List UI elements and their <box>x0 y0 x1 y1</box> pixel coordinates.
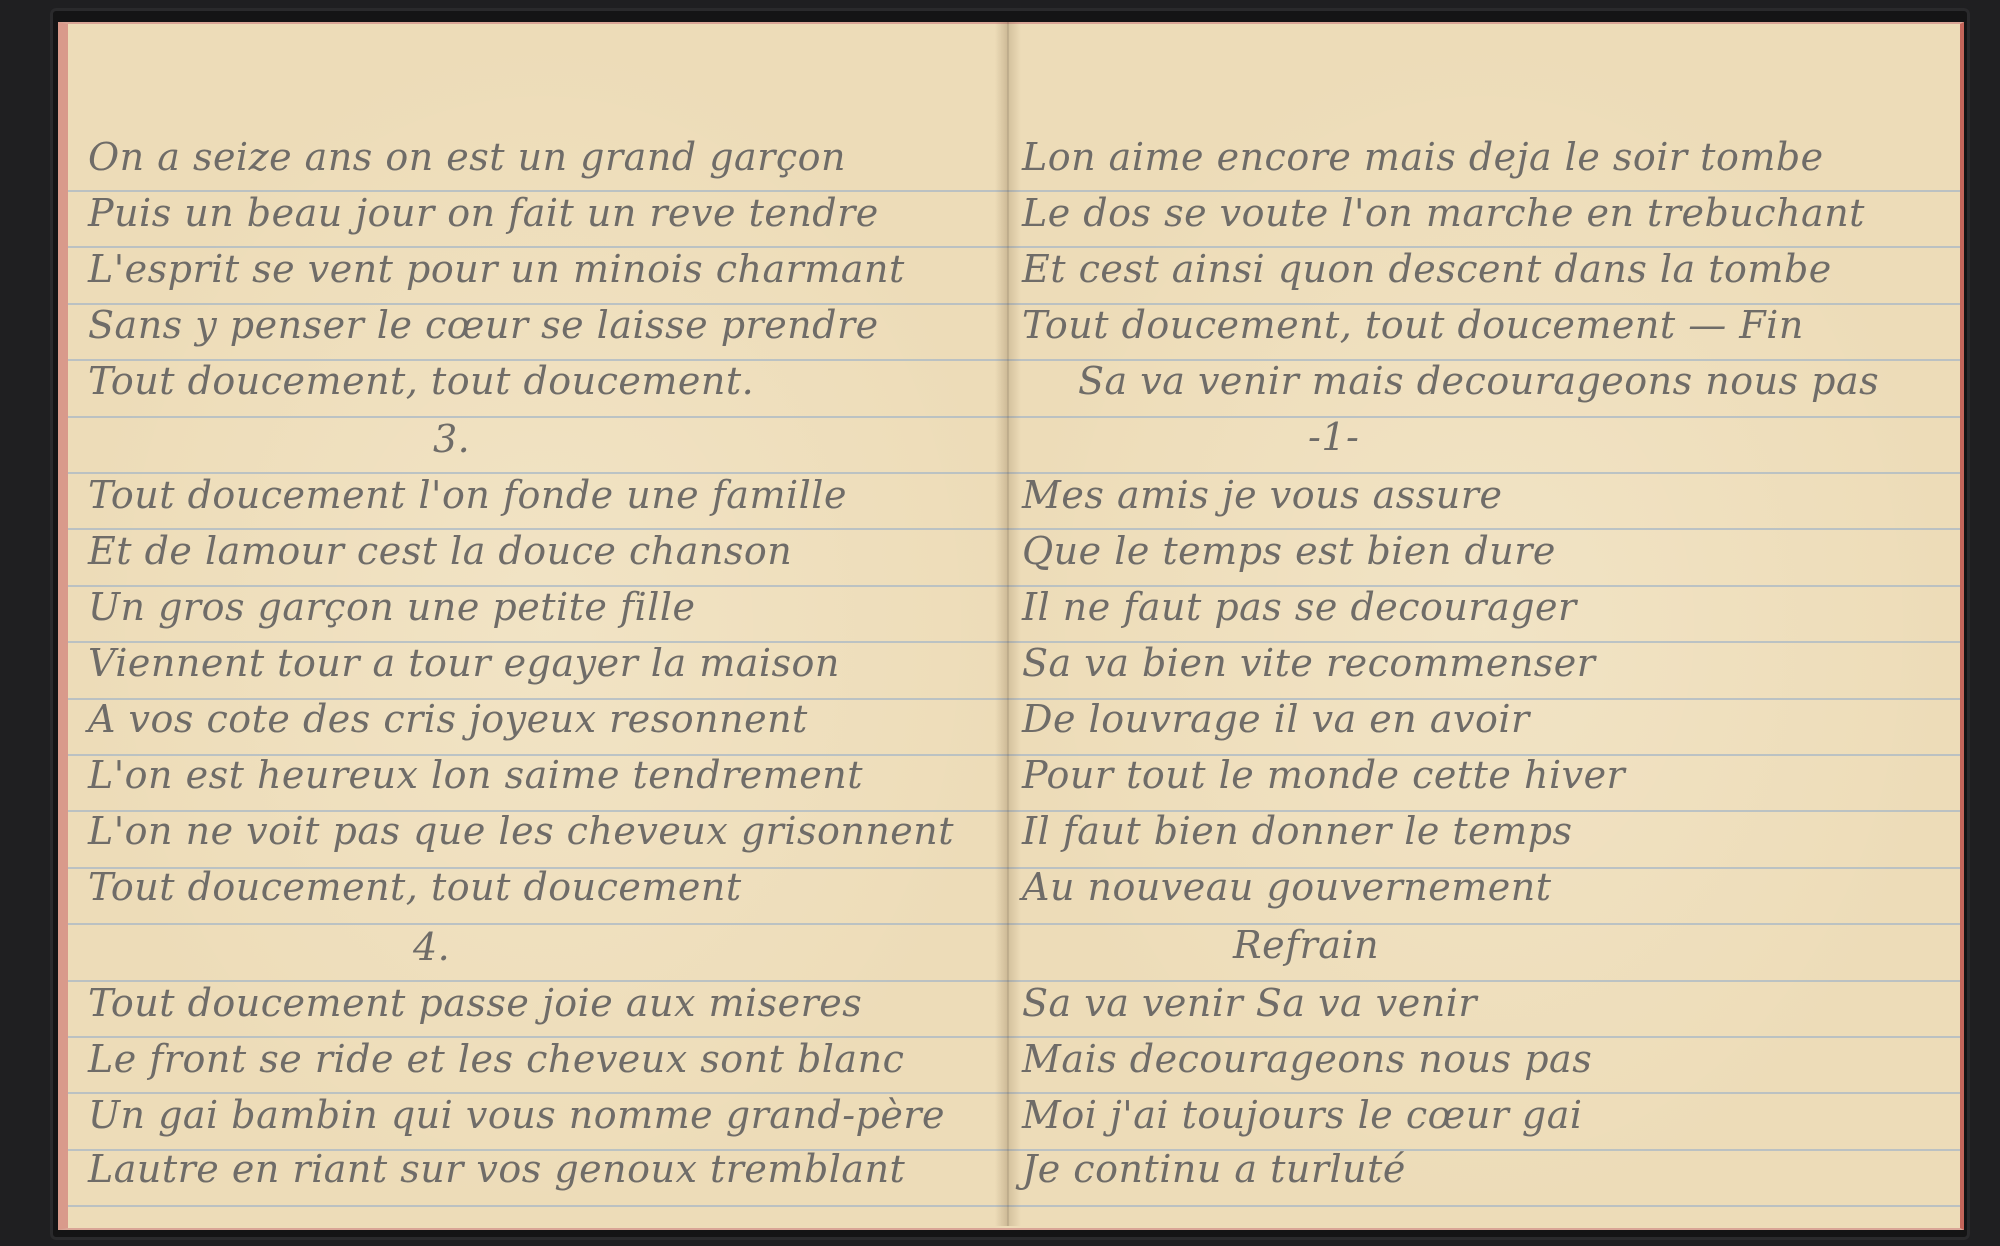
handwritten-line: Sans y penser le cœur se laisse prendre <box>88 306 1008 344</box>
right-page: Lon aime encore mais deja le soir tombeL… <box>1008 22 1964 1230</box>
handwritten-line: L'on est heureux lon saime tendrement <box>88 756 1008 794</box>
handwritten-line: Puis un beau jour on fait un reve tendre <box>88 194 1008 232</box>
handwritten-line: Refrain <box>1233 926 1950 964</box>
handwritten-line: Il faut bien donner le temps <box>1022 812 1950 850</box>
handwritten-line: Mais decourageons nous pas <box>1022 1040 1950 1078</box>
handwritten-line: Le dos se voute l'on marche en trebuchan… <box>1022 194 1950 232</box>
handwritten-line: A vos cote des cris joyeux resonnent <box>88 700 1008 738</box>
left-page: On a seize ans on est un grand garçonPui… <box>58 22 1018 1230</box>
handwritten-line: Je continu a turluté <box>1022 1150 1950 1188</box>
ruled-line <box>68 416 1018 418</box>
handwritten-line: Tout doucement l'on fonde une famille <box>88 476 1008 514</box>
handwritten-line: Lon aime encore mais deja le soir tombe <box>1022 138 1950 176</box>
handwritten-line: Un gros garçon une petite fille <box>88 588 1008 626</box>
handwritten-line: Que le temps est bien dure <box>1022 532 1950 570</box>
handwritten-line: Tout doucement passe joie aux miseres <box>88 984 1008 1022</box>
handwritten-line: Il ne faut pas se decourager <box>1022 588 1950 626</box>
handwritten-line: Le front se ride et les cheveux sont bla… <box>88 1040 1008 1078</box>
handwritten-line: Moi j'ai toujours le cœur gai <box>1022 1096 1950 1134</box>
handwritten-line: 4. <box>413 928 1008 966</box>
handwritten-line: Sa va venir mais decourageons nous pas <box>1078 362 1950 400</box>
handwritten-line: Un gai bambin qui vous nomme grand-père <box>88 1096 1008 1134</box>
handwritten-line: Tout doucement, tout doucement. <box>88 362 1008 400</box>
handwritten-line: Et de lamour cest la douce chanson <box>88 532 1008 570</box>
handwritten-line: Et cest ainsi quon descent dans la tombe <box>1022 250 1950 288</box>
handwritten-line: Viennent tour a tour egayer la maison <box>88 644 1008 682</box>
ruled-line <box>68 923 1018 925</box>
handwritten-line: De louvrage il va en avoir <box>1022 700 1950 738</box>
handwritten-line: Mes amis je vous assure <box>1022 476 1950 514</box>
ruled-line <box>1008 1205 1960 1207</box>
handwritten-line: L'esprit se vent pour un minois charmant <box>88 250 1008 288</box>
handwritten-line: Lautre en riant sur vos genoux tremblant <box>88 1150 1008 1188</box>
handwritten-line: Tout doucement, tout doucement <box>88 868 1008 906</box>
handwritten-line: L'on ne voit pas que les cheveux grisonn… <box>88 812 1008 850</box>
handwritten-line: 3. <box>433 420 1008 458</box>
handwritten-line: Tout doucement, tout doucement — Fin <box>1022 306 1950 344</box>
ruled-line <box>68 1205 1018 1207</box>
ruled-line <box>1008 923 1960 925</box>
handwritten-line: Sa va venir Sa va venir <box>1022 984 1950 1022</box>
handwritten-line: Sa va bien vite recommenser <box>1022 644 1950 682</box>
handwritten-line: Au nouveau gouvernement <box>1022 868 1950 906</box>
handwritten-line: -1- <box>1308 418 1950 456</box>
handwritten-line: On a seize ans on est un grand garçon <box>88 138 1008 176</box>
handwritten-line: Pour tout le monde cette hiver <box>1022 756 1950 794</box>
